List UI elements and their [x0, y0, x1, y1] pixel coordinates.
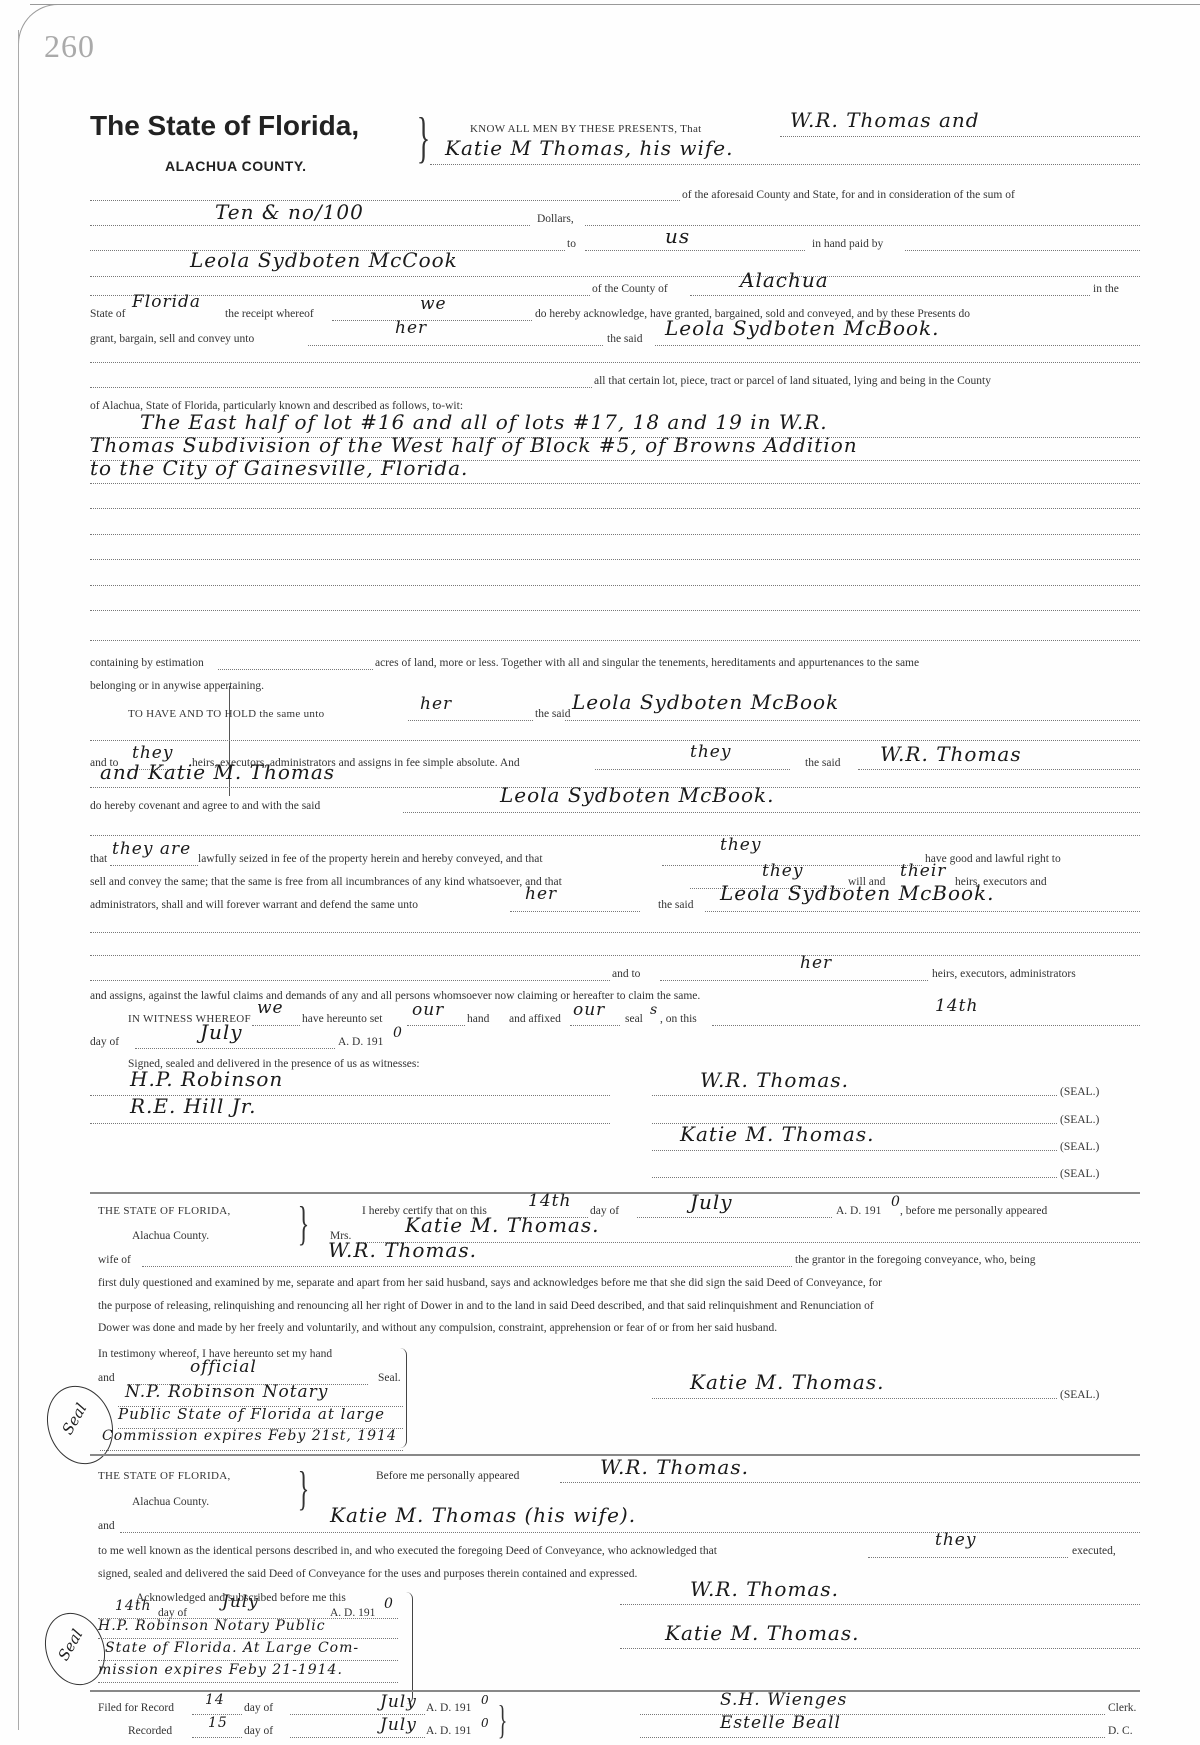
blank-line — [90, 740, 1140, 741]
and-line — [120, 1532, 1140, 1533]
the-said-label: the said — [805, 757, 840, 769]
witness-2-handwritten: R.E. Hill Jr. — [130, 1094, 256, 1118]
sell-handwritten: they — [762, 861, 803, 881]
seal-label-2: (SEAL.) — [1060, 1114, 1099, 1126]
in-the-label: in the — [1093, 283, 1119, 295]
seal-label-3: (SEAL.) — [1060, 1141, 1099, 1153]
admin-grantee-line — [705, 911, 1140, 912]
county-label: Alachua County. — [132, 1230, 209, 1242]
clerk-line — [640, 1714, 1105, 1715]
dc-label: D. C. — [1108, 1725, 1133, 1737]
on-this-label: , on this — [660, 1013, 697, 1025]
wife-of-label: wife of — [98, 1254, 131, 1266]
body-1: first duly questioned and examined by me… — [98, 1277, 882, 1289]
notary-handwritten-1: N.P. Robinson Notary — [125, 1382, 328, 1402]
we-handwritten: we — [257, 998, 284, 1018]
grantor-text: the grantor in the foregoing conveyance,… — [795, 1254, 1035, 1266]
month-line — [135, 1048, 335, 1049]
said-grantor-line — [858, 769, 1140, 770]
seal-s-handwritten: s — [650, 1002, 658, 1018]
notary-handwritten-3: Commission expires Feby 21st, 1914 — [102, 1428, 397, 1444]
executed-label: executed, — [1072, 1545, 1116, 1557]
record-brace: } — [498, 1700, 508, 1740]
containing-label: containing by estimation — [90, 657, 204, 669]
recorded-label: Recorded — [128, 1725, 172, 1737]
recorded-day-handwritten: 15 — [208, 1715, 228, 1731]
dc-signature-handwritten: Estelle Beall — [720, 1713, 841, 1733]
seal-label-4: (SEAL.) — [1060, 1168, 1099, 1180]
recorded-year-handwritten: 0 — [481, 1716, 490, 1730]
witness-line-2 — [90, 1123, 610, 1124]
description-handwritten-3: to the City of Gainesville, Florida. — [90, 456, 468, 480]
state-label: THE STATE OF FLORIDA, — [98, 1205, 231, 1217]
blank-line — [90, 932, 1140, 933]
section-divider — [90, 1192, 1140, 1194]
county-label: Alachua County. — [132, 1496, 209, 1508]
signature-line-2 — [620, 1648, 1140, 1649]
signature-line-1 — [652, 1095, 1057, 1096]
day-handwritten: 14th — [115, 1598, 151, 1614]
administrators-text: administrators, shall and will forever w… — [90, 899, 418, 911]
month-line — [637, 1217, 832, 1218]
heirs2-text: heirs, executors, administrators — [932, 968, 1076, 980]
description-handwritten-2: Thomas Subdivision of the West half of B… — [90, 433, 858, 457]
will-handwritten: their — [900, 861, 946, 881]
grantor-line-2 — [430, 164, 1140, 165]
document-title: The State of Florida, — [90, 110, 359, 142]
notary-handwritten-2: Public State of Florida at large — [118, 1405, 385, 1423]
section-brace: } — [298, 1200, 310, 1248]
blank-line — [90, 835, 1140, 836]
blank-line — [90, 387, 592, 388]
description-handwritten-1: The East half of lot #16 and all of lots… — [140, 410, 828, 434]
day-handwritten: 14th — [528, 1191, 571, 1211]
sell-text: sell and convey the same; that the same … — [90, 876, 562, 888]
blank-line — [905, 250, 1140, 251]
our2-handwritten: our — [573, 1000, 605, 1020]
assigns-text: and assigns, against the lawful claims a… — [90, 990, 700, 1002]
deed-page: 260 The State of Florida, ALACHUA COUNTY… — [0, 0, 1200, 1745]
page-edge-top — [30, 4, 1200, 5]
recorded-month-handwritten: July — [380, 1715, 417, 1735]
notary-brace — [406, 1592, 413, 1704]
day-line — [712, 1025, 1140, 1026]
day-of-label: day of — [90, 1036, 119, 1048]
seized-text: lawfully seized in fee of the property h… — [198, 853, 543, 865]
county-handwritten: Alachua — [740, 268, 829, 292]
county-state-text: of the aforesaid County and State, for a… — [682, 189, 1015, 201]
that-label: that — [90, 853, 107, 865]
witness-1-handwritten: H.P. Robinson — [130, 1067, 283, 1091]
official-handwritten: official — [190, 1357, 257, 1377]
recorded-month-line — [290, 1737, 425, 1738]
acres-text: acres of land, more or less. Together wi… — [375, 657, 919, 669]
and-to2-line — [660, 980, 928, 981]
header-brace: } — [417, 110, 430, 166]
grantee-line — [565, 720, 1140, 721]
month-handwritten: July — [690, 1190, 733, 1214]
acres-line — [218, 669, 373, 670]
notary-handwritten-2: State of Florida. At Large Com- — [105, 1640, 359, 1656]
wife-signature-handwritten: Katie M. Thomas. — [690, 1370, 884, 1394]
well-known-text: to me well known as the identical person… — [98, 1545, 717, 1557]
signature-line-4 — [652, 1177, 1057, 1178]
blank-line — [90, 362, 1140, 363]
filed-day-handwritten: 14 — [205, 1692, 225, 1708]
signed-text: signed, sealed and delivered the said De… — [98, 1568, 637, 1580]
page-edge-left — [18, 30, 19, 1730]
the-said-label: the said — [607, 333, 642, 345]
signature-line-1 — [620, 1604, 1140, 1605]
dc-line — [640, 1737, 1105, 1738]
blank-line — [90, 534, 1140, 535]
grantee-handwritten: Leola Sydboten McBook. — [665, 316, 940, 340]
body-3: Dower was done and made by her freely an… — [98, 1322, 777, 1334]
receipt-line — [332, 320, 532, 321]
year-handwritten: 0 — [393, 1025, 403, 1041]
covenant-handwritten: Leola Sydboten McBook. — [500, 783, 775, 807]
receipt-label: the receipt whereof — [225, 308, 314, 320]
the-said-label: the said — [658, 899, 693, 911]
they-handwritten: they — [935, 1530, 976, 1550]
to-have-handwritten: her — [420, 694, 452, 714]
seal-label: Seal. — [378, 1372, 401, 1384]
the-said-label: the said — [535, 708, 570, 720]
and-to2-handwritten: her — [800, 953, 832, 973]
payer-line — [90, 276, 1140, 277]
we-line — [252, 1025, 300, 1026]
county-line — [690, 295, 1090, 296]
signature-1-handwritten: W.R. Thomas. — [700, 1068, 849, 1092]
amount-line — [90, 225, 530, 226]
grantor-cont-handwritten: and Katie M. Thomas — [100, 760, 335, 784]
notary-handwritten-3: mission expires Feby 21-1914. — [98, 1662, 343, 1678]
grant-handwritten: her — [395, 318, 427, 338]
notary-brace — [400, 1348, 407, 1448]
page-number: 260 — [44, 28, 95, 65]
seal-label: (SEAL.) — [1060, 1389, 1099, 1401]
grantors-handwritten-1: W.R. Thomas and — [790, 108, 980, 132]
our2-line — [570, 1025, 620, 1026]
said-grantor-handwritten: W.R. Thomas — [880, 742, 1022, 766]
appeared-handwritten: W.R. Thomas. — [600, 1455, 749, 1479]
grant-line — [308, 345, 603, 346]
day-handwritten: 14th — [935, 996, 978, 1016]
amount-handwritten: Ten & no/100 — [215, 200, 364, 224]
mrs-handwritten: Katie M. Thomas. — [405, 1213, 599, 1237]
admin-line — [510, 911, 640, 912]
state-handwritten: Florida — [132, 292, 201, 312]
blank-line — [90, 955, 1140, 956]
to-label: to — [567, 238, 576, 250]
of-county-label: of the County of — [592, 283, 668, 295]
filed-year-handwritten: 0 — [481, 1693, 490, 1707]
seal-label-1: (SEAL.) — [1060, 1086, 1099, 1098]
belonging-text: belonging or in anywise appertaining. — [90, 680, 264, 692]
and-to-label: and to — [612, 968, 640, 980]
body-2: the purpose of releasing, relinquishing … — [98, 1300, 874, 1312]
notary-handwritten-1: H.P. Robinson Notary Public — [98, 1618, 326, 1634]
signature-2-handwritten: Katie M. Thomas. — [665, 1621, 859, 1645]
clerk-signature-handwritten: S.H. Wienges — [720, 1690, 847, 1710]
section-brace: } — [298, 1465, 310, 1513]
recorded-day-line — [192, 1737, 242, 1738]
and-label: and — [98, 1520, 115, 1532]
that-line — [110, 865, 198, 866]
signature-3-handwritten: Katie M. Thomas. — [680, 1122, 874, 1146]
hand-label: hand — [467, 1013, 489, 1025]
notary-line-1 — [98, 1638, 398, 1639]
clerk-label: Clerk. — [1108, 1702, 1136, 1714]
have-set-label: have hereunto set — [302, 1013, 382, 1025]
ad-label: A. D. 191 — [836, 1205, 881, 1217]
they-line — [868, 1557, 1068, 1558]
signature-line-3 — [652, 1150, 1057, 1151]
ad-label: A. D. 191 — [426, 1702, 471, 1714]
seized-handwritten: they — [720, 835, 761, 855]
to-line — [585, 250, 805, 251]
in-hand-paid-by-label: in hand paid by — [812, 238, 883, 250]
signature-line — [652, 1398, 1057, 1399]
day-of-label: day of — [244, 1702, 273, 1714]
section-divider — [90, 1690, 1140, 1692]
blank-line — [90, 559, 1140, 560]
state-of-label: State of — [90, 308, 125, 320]
state-label: THE STATE OF FLORIDA, — [98, 1470, 231, 1482]
husband-handwritten: W.R. Thomas. — [328, 1238, 477, 1262]
affixed-label: and affixed — [509, 1013, 561, 1025]
and-line — [595, 769, 790, 770]
year-handwritten: 0 — [384, 1596, 394, 1612]
blank-line — [90, 610, 1140, 611]
to-handwritten: us — [665, 224, 690, 248]
blank-line — [90, 980, 610, 981]
ad-label: A. D. 191 — [338, 1036, 383, 1048]
covenant-text: do hereby covenant and agree to and with… — [90, 800, 320, 812]
know-all-text: KNOW ALL MEN BY THESE PRESENTS, That — [470, 123, 702, 135]
blank-line — [90, 640, 1140, 641]
ad-label: A. D. 191 — [330, 1607, 375, 1619]
our1-line — [407, 1025, 465, 1026]
that-handwritten: they are — [112, 839, 191, 859]
husband-line — [142, 1266, 792, 1267]
payer-handwritten: Leola Sydboten McCook — [190, 248, 458, 272]
notary-line-2 — [98, 1660, 398, 1661]
blank-line — [90, 200, 680, 201]
all-that-text: all that certain lot, piece, tract or pa… — [594, 375, 991, 387]
grantor-line-1 — [780, 136, 1140, 137]
seal-label: seal — [625, 1013, 643, 1025]
notary-line-3 — [100, 1450, 403, 1451]
month-handwritten: July — [222, 1592, 259, 1612]
grant-label: grant, bargain, sell and convey unto — [90, 333, 254, 345]
filed-label: Filed for Record — [98, 1702, 174, 1714]
grantors-handwritten-2: Katie M Thomas, his wife. — [445, 136, 733, 160]
day-of-label: day of — [244, 1725, 273, 1737]
before-me-text: , before me personally appeared — [900, 1205, 1047, 1217]
admin-grantee-handwritten: Leola Sydboten McBook. — [720, 881, 995, 905]
to-have-label: TO HAVE AND TO HOLD the same unto — [128, 708, 324, 720]
filed-month-handwritten: July — [380, 1692, 417, 1712]
appeared-line — [560, 1482, 1140, 1483]
signature-1-handwritten: W.R. Thomas. — [690, 1577, 839, 1601]
to-have-line — [408, 720, 533, 721]
blank-line — [90, 585, 1140, 586]
admin-handwritten: her — [525, 884, 557, 904]
notary-line-3 — [98, 1682, 398, 1683]
grantee-line — [655, 345, 1140, 346]
our1-handwritten: our — [412, 1000, 444, 1020]
ad-label: A. D. 191 — [426, 1725, 471, 1737]
month-handwritten: July — [200, 1020, 243, 1044]
county-heading: ALACHUA COUNTY. — [165, 158, 307, 174]
blank-line — [90, 508, 1140, 509]
and-handwritten: they — [690, 742, 731, 762]
grantee-handwritten: Leola Sydboten McBook — [572, 690, 839, 714]
receipt-handwritten: we — [420, 294, 447, 314]
description-line-3 — [90, 483, 1140, 484]
covenant-line — [403, 812, 1140, 813]
and-handwritten: Katie M. Thomas (his wife). — [330, 1503, 636, 1527]
and-label: and — [98, 1372, 115, 1384]
before-me-text: Before me personally appeared — [376, 1470, 519, 1482]
dollars-label: Dollars, — [537, 213, 574, 225]
